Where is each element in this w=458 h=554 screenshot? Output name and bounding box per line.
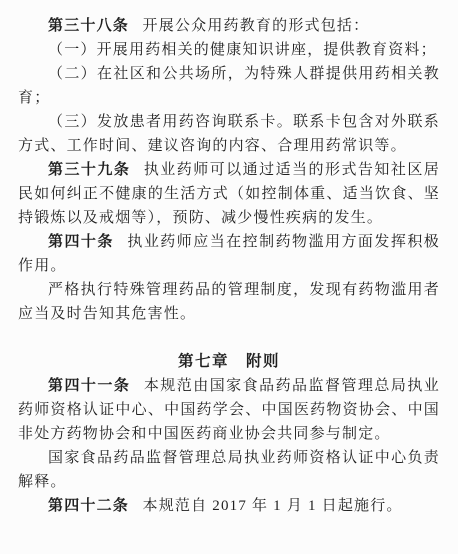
- article-42-text: 本规范自 2017 年 1 月 1 日起施行。: [143, 498, 403, 514]
- article-38-text: 开展公众用药教育的形式包括：: [143, 18, 370, 34]
- article-40-number: 第四十条: [48, 234, 114, 250]
- article-38-number: 第三十八条: [48, 18, 129, 34]
- article-40-second-paragraph: 严格执行特殊管理药品的管理制度，发现有药物滥用者应当及时告知其危害性。: [18, 278, 440, 326]
- article-42-paragraph: 第四十二条本规范自 2017 年 1 月 1 日起施行。: [18, 494, 440, 518]
- article-39-number: 第三十九条: [48, 162, 130, 178]
- item-1-text: （一）开展用药相关的健康知识讲座，提供教育资料；: [48, 42, 437, 58]
- article-40-second-text: 严格执行特殊管理药品的管理制度，发现有药物滥用者应当及时告知其危害性。: [18, 282, 440, 322]
- chapter-7-heading: 第七章 附则: [18, 350, 440, 374]
- item-1-paragraph: （一）开展用药相关的健康知识讲座，提供教育资料；: [18, 38, 440, 62]
- item-2-text: （二）在社区和公共场所，为特殊人群提供用药相关教育；: [18, 66, 440, 106]
- article-41-number: 第四十一条: [48, 378, 130, 394]
- article-42-number: 第四十二条: [48, 498, 129, 514]
- item-3-text: （三）发放患者用药咨询联系卡。联系卡包含对外联系方式、工作时间、建议咨询的内容、…: [18, 114, 440, 154]
- article-41-second-paragraph: 国家食品药品监督管理总局执业药师资格认证中心负责解释。: [18, 446, 440, 494]
- article-41-paragraph: 第四十一条本规范由国家食品药品监督管理总局执业药师资格认证中心、中国药学会、中国…: [18, 374, 440, 446]
- regulation-document-page: 第三十八条开展公众用药教育的形式包括： （一）开展用药相关的健康知识讲座，提供教…: [0, 0, 458, 554]
- article-40-paragraph: 第四十条执业药师应当在控制药物滥用方面发挥积极作用。: [18, 230, 440, 278]
- article-39-paragraph: 第三十九条执业药师可以通过适当的形式告知社区居民如何纠正不健康的生活方式（如控制…: [18, 158, 440, 230]
- article-41-second-text: 国家食品药品监督管理总局执业药师资格认证中心负责解释。: [18, 450, 440, 490]
- item-2-paragraph: （二）在社区和公共场所，为特殊人群提供用药相关教育；: [18, 62, 440, 110]
- item-3-paragraph: （三）发放患者用药咨询联系卡。联系卡包含对外联系方式、工作时间、建议咨询的内容、…: [18, 110, 440, 158]
- article-38-paragraph: 第三十八条开展公众用药教育的形式包括：: [18, 14, 440, 38]
